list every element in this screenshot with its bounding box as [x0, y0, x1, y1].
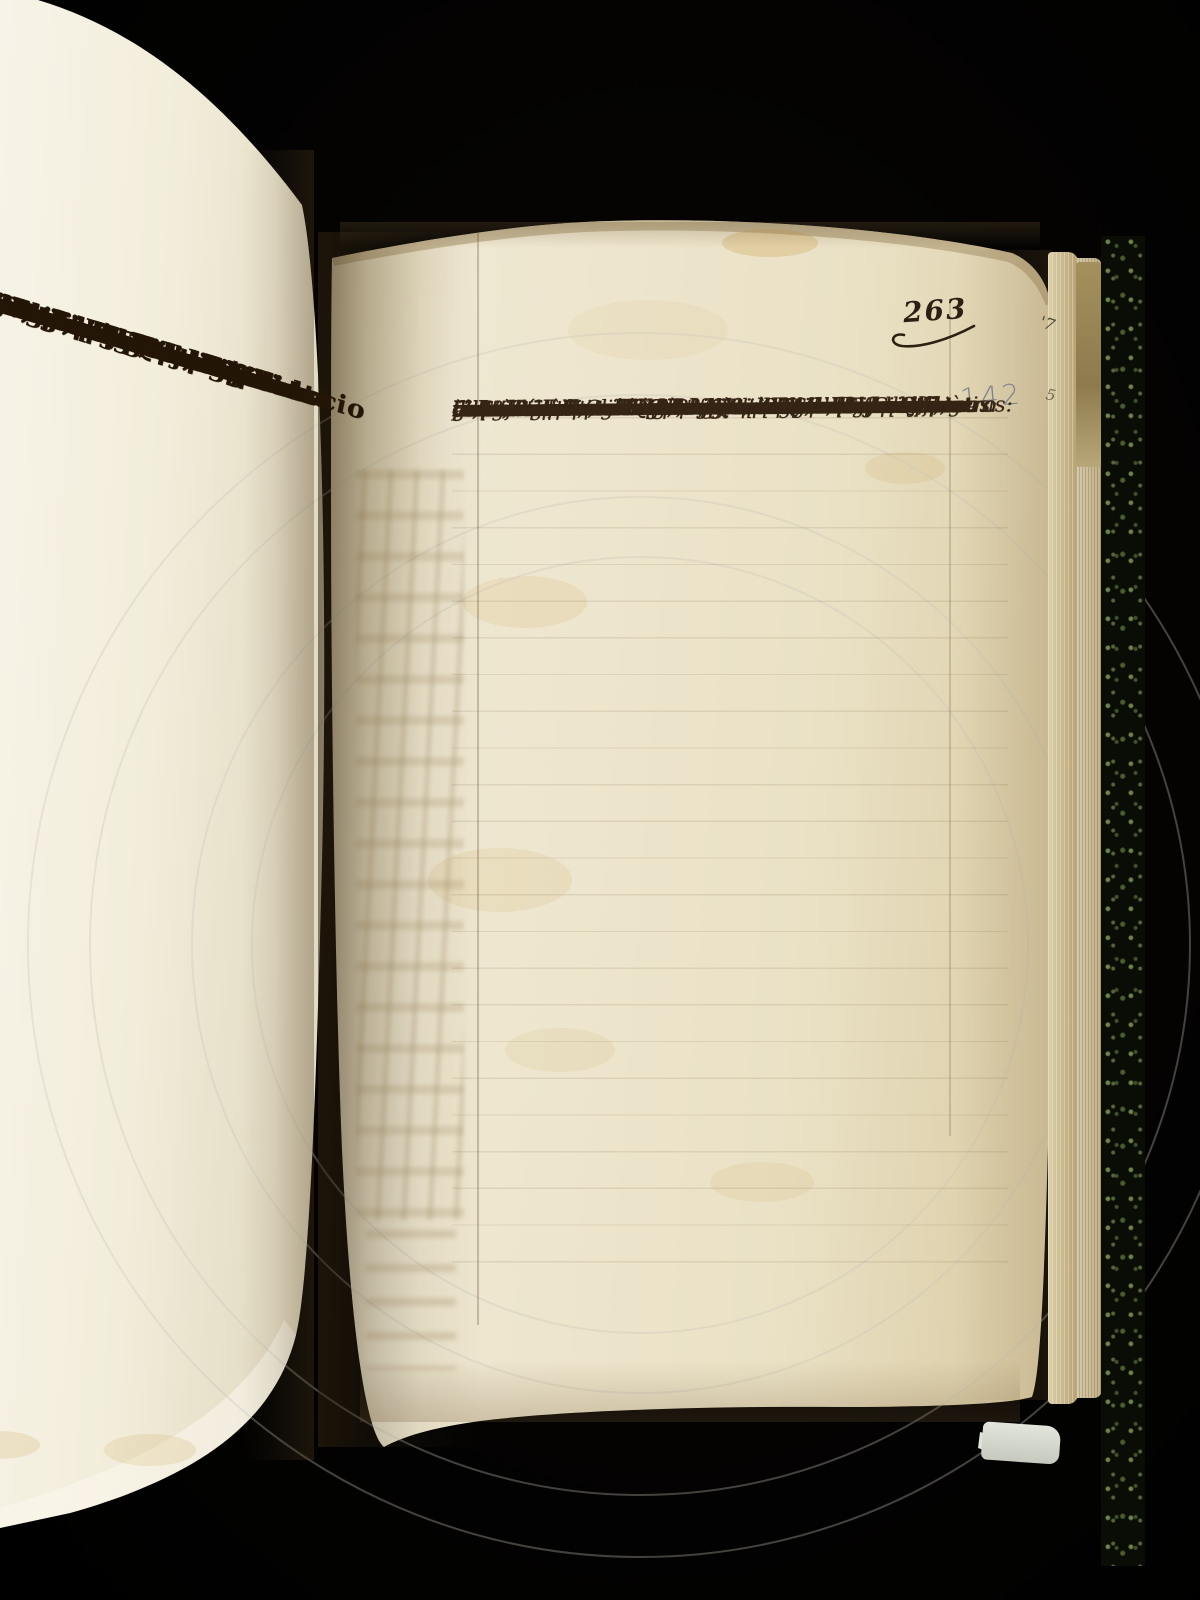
ink-bleedthrough: [356, 470, 464, 1220]
right-page-top-shade: [340, 222, 1040, 248]
page-number-flourish: [884, 322, 980, 356]
ruled-guidelines: [452, 417, 1008, 1265]
right-margin-rule: [949, 302, 951, 1136]
bottom-under-leaf: [981, 1421, 1061, 1464]
manuscript-photo: 263 142 '7 5 esa e col getto di alcuni C…: [0, 0, 1200, 1600]
fore-edge-tab: [1076, 262, 1101, 467]
right-page-bottom-shade: [360, 1360, 1020, 1422]
fore-edge-page-stack: [1048, 252, 1078, 1404]
ink-bleedthrough-lower: [366, 1230, 456, 1370]
manuscript-line: va continuato il Contramolo OR, il quale…: [452, 387, 986, 428]
marbled-cover-edge: [1101, 236, 1145, 1566]
left-page-edge-shadow: [242, 150, 314, 1460]
